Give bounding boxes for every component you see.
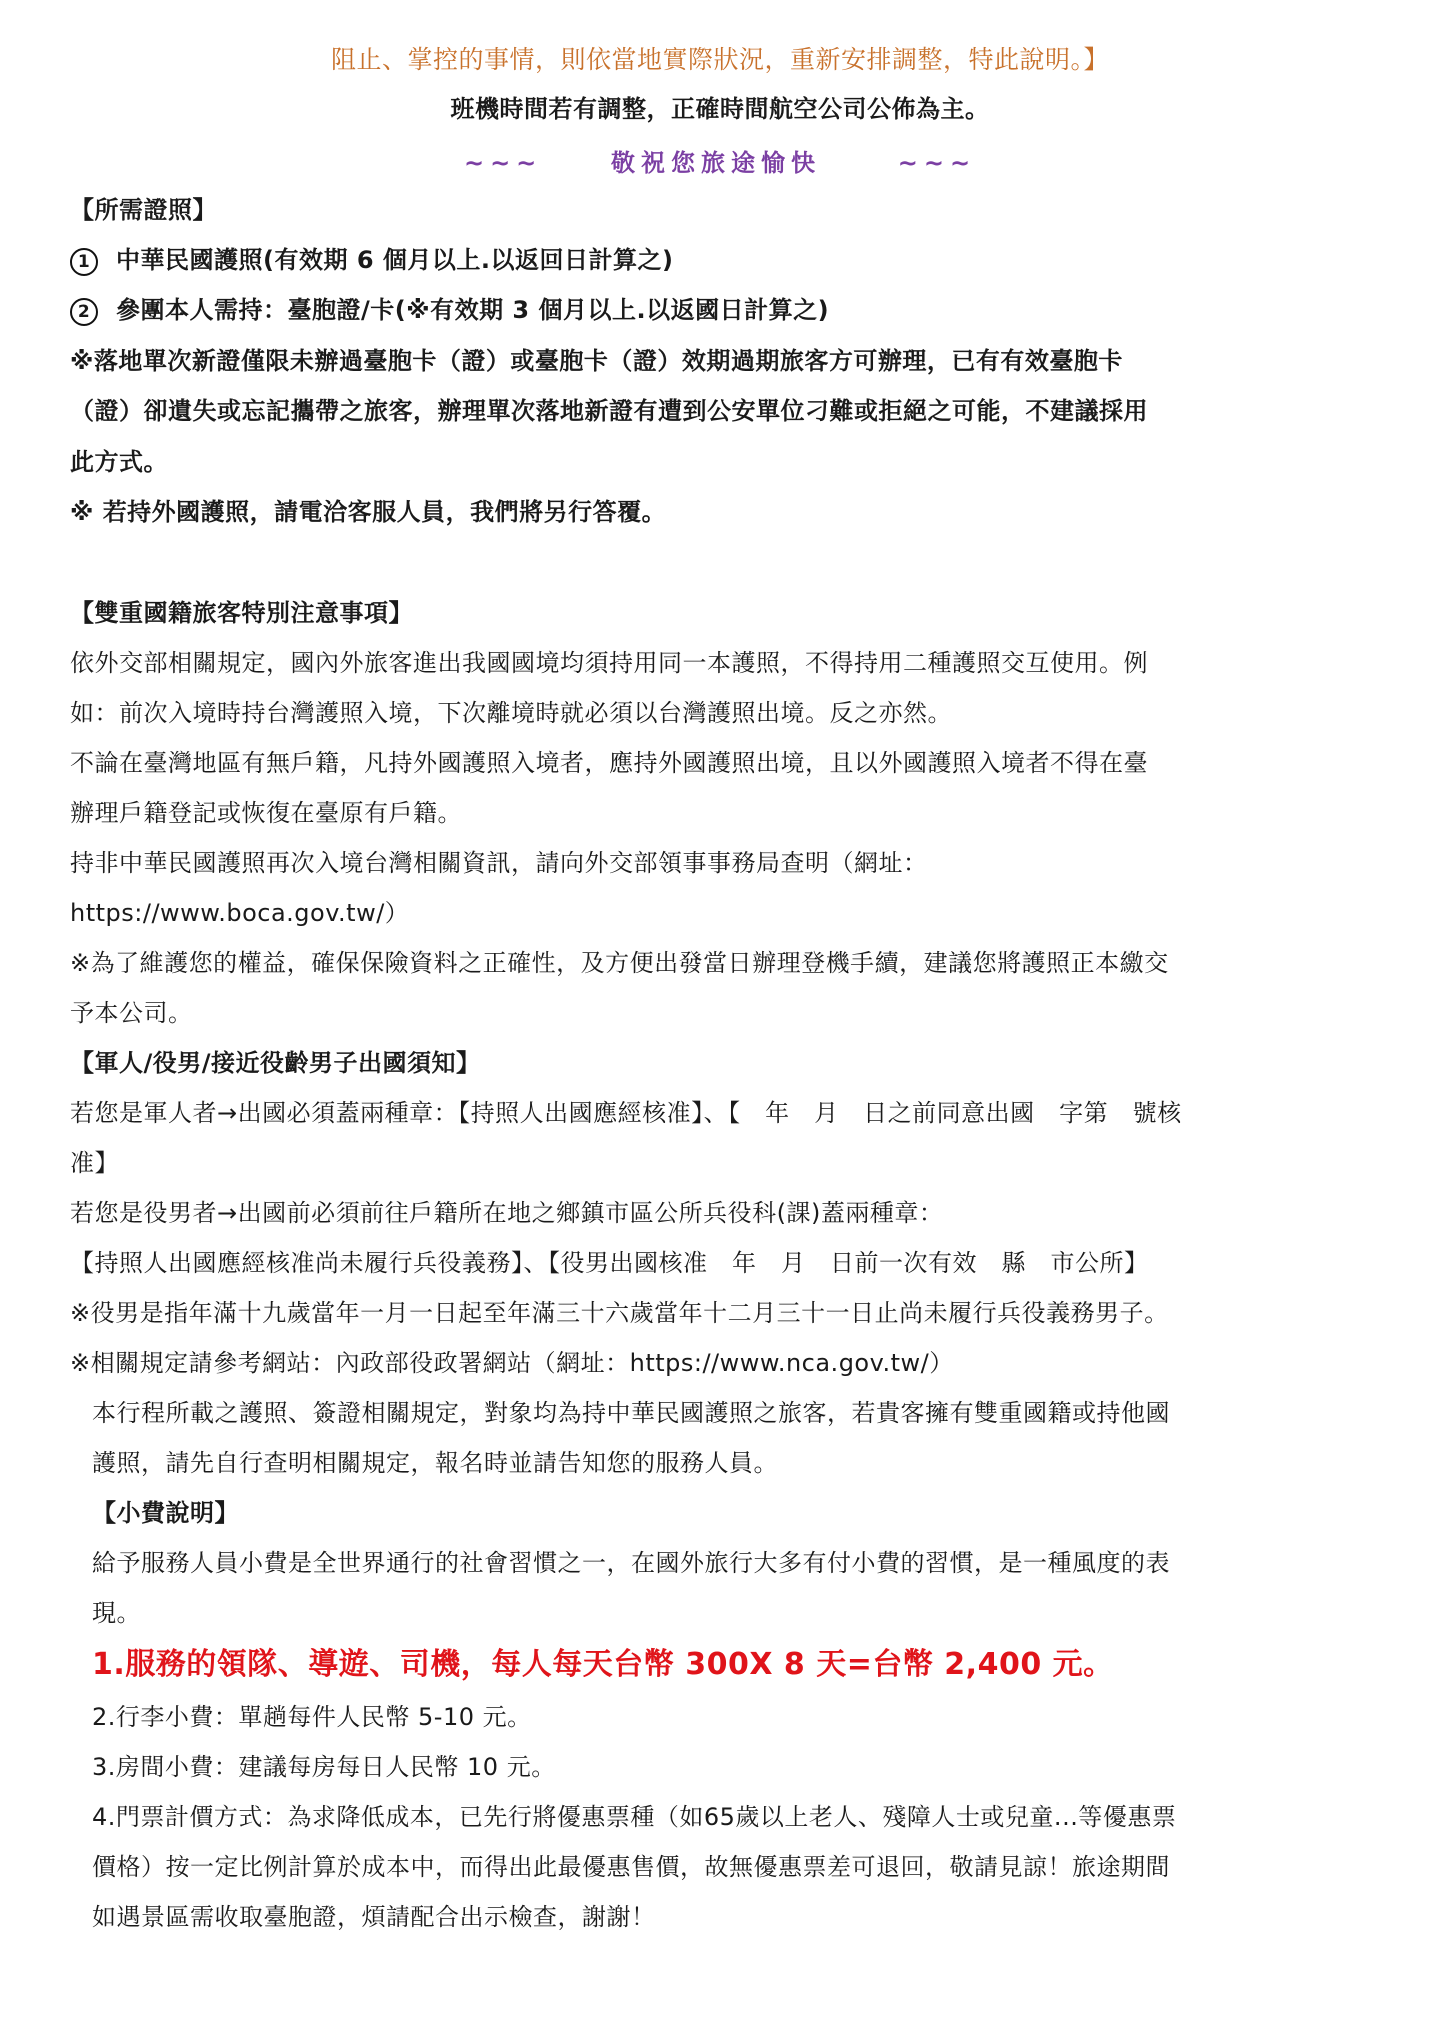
dual-nationality-line-3: 不論在臺灣地區有無戶籍，凡持外國護照入境者，應持外國護照出境，且以外國護照入境者… xyxy=(70,747,1148,779)
tips-room-fee: 3.房間小費：建議每房每日人民幣 10 元。 xyxy=(92,1751,556,1783)
dual-nationality-title: 【雙重國籍旅客特別注意事項】 xyxy=(70,597,413,629)
military-line-1: 若您是軍人者→出國必須蓋兩種章：【持照人出國應經核准】、【 年 月 日之前同意出… xyxy=(70,1097,1182,1129)
dual-nationality-line-7: ※為了維護您的權益，確保保險資料之正確性，及方便出發當日辦理登機手續，建議您將護… xyxy=(70,947,1169,979)
military-line-2: 准】 xyxy=(70,1147,119,1179)
schedule-adjustment-notice: 阻止、掌控的事情，則依當地實際狀況，重新安排調整，特此說明。】 xyxy=(0,44,1440,76)
greeting-text: 敬祝您旅途愉快 xyxy=(611,149,821,177)
military-line-3: 若您是役男者→出國前必須前往戶籍所在地之鄉鎮市區公所兵役科(課)蓋兩種章： xyxy=(70,1197,943,1229)
dual-nationality-line-1: 依外交部相關規定，國內外旅客進出我國國境均須持用同一本護照，不得持用二種護照交互… xyxy=(70,647,1148,679)
tips-guide-driver-fee: 1.服務的領隊、導遊、司機，每人每天台幣 300X 8 天=台幣 2,400 元… xyxy=(92,1646,1114,1684)
nca-website-line[interactable]: ※相關規定請參考網站：內政部役政署網站（網址：https://www.nca.g… xyxy=(70,1347,954,1379)
ticket-pricing-line-3: 如遇景區需收取臺胞證，煩請配合出示檢查，謝謝！ xyxy=(92,1901,656,1933)
required-doc-item-2: 2參團本人需持：臺胞證/卡(※有效期 3 個月以上.以返國日計算之) xyxy=(70,294,829,326)
greeting-line: ~~~ 敬祝您旅途愉快 ~~~ xyxy=(0,147,1440,179)
military-line-5: ※役男是指年滿十九歲當年一月一日起至年滿三十六歲當年十二月三十一日止尚未履行兵役… xyxy=(70,1297,1169,1329)
tips-intro-line-1: 給予服務人員小費是全世界通行的社會習慣之一，在國外旅行大多有付小費的習慣，是一種… xyxy=(92,1547,1170,1579)
tilde-decoration-right: ~~~ xyxy=(898,149,976,177)
landing-permit-note-line-2: （證）卻遺失或忘記攜帶之旅客，辦理單次落地新證有遭到公安單位刁難或拒絕之可能，不… xyxy=(70,395,1148,427)
flight-time-notice: 班機時間若有調整，正確時間航空公司公佈為主。 xyxy=(0,93,1440,125)
tips-title: 【小費說明】 xyxy=(92,1497,239,1529)
tips-luggage-fee: 2.行李小費：單趟每件人民幣 5-10 元。 xyxy=(92,1701,532,1733)
required-documents-title: 【所需證照】 xyxy=(70,194,217,226)
dual-nationality-line-8: 予本公司。 xyxy=(70,997,193,1029)
dual-nationality-line-4: 辦理戶籍登記或恢復在臺原有戶籍。 xyxy=(70,797,462,829)
ticket-pricing-line-2: 價格）按一定比例計算於成本中，而得出此最優惠售價，故無優惠票差可退回，敬請見諒！… xyxy=(92,1851,1170,1883)
military-line-4: 【持照人出國應經核准尚未履行兵役義務】、【役男出國核准 年 月 日前一次有效 縣… xyxy=(70,1247,1149,1279)
boca-website-link[interactable]: https://www.boca.gov.tw/） xyxy=(70,897,409,929)
tilde-decoration-left: ~~~ xyxy=(464,149,542,177)
tips-intro-line-2: 現。 xyxy=(92,1597,141,1629)
ticket-pricing-line-1: 4.門票計價方式：為求降低成本，已先行將優惠票種（如65歲以上老人、殘障人士或兒… xyxy=(92,1801,1176,1833)
landing-permit-note-line-1: ※落地單次新證僅限未辦過臺胞卡（證）或臺胞卡（證）效期過期旅客方可辦理，已有有效… xyxy=(70,345,1123,377)
dual-nationality-line-5: 持非中華民國護照再次入境台灣相關資訊，請向外交部領事事務局查明（網址： xyxy=(70,847,928,879)
circled-number-1-icon: 1 xyxy=(70,248,98,276)
dual-nationality-line-2: 如：前次入境時持台灣護照入境，下次離境時就必須以台灣護照出境。反之亦然。 xyxy=(70,697,952,729)
passport-rule-note-line-2: 護照，請先自行查明相關規定，報名時並請告知您的服務人員。 xyxy=(92,1447,778,1479)
foreign-passport-note: ※ 若持外國護照，請電洽客服人員，我們將另行答覆。 xyxy=(70,496,666,528)
landing-permit-note-line-3: 此方式。 xyxy=(70,446,168,478)
military-notice-title: 【軍人/役男/接近役齡男子出國須知】 xyxy=(70,1047,481,1079)
circled-number-2-icon: 2 xyxy=(70,298,98,326)
passport-rule-note-line-1: 本行程所載之護照、簽證相關規定，對象均為持中華民國護照之旅客，若貴客擁有雙重國籍… xyxy=(92,1397,1170,1429)
document-page: 阻止、掌控的事情，則依當地實際狀況，重新安排調整，特此說明。】 班機時間若有調整… xyxy=(0,0,1440,2036)
required-doc-item-1: 1中華民國護照(有效期 6 個月以上.以返回日計算之) xyxy=(70,244,673,276)
